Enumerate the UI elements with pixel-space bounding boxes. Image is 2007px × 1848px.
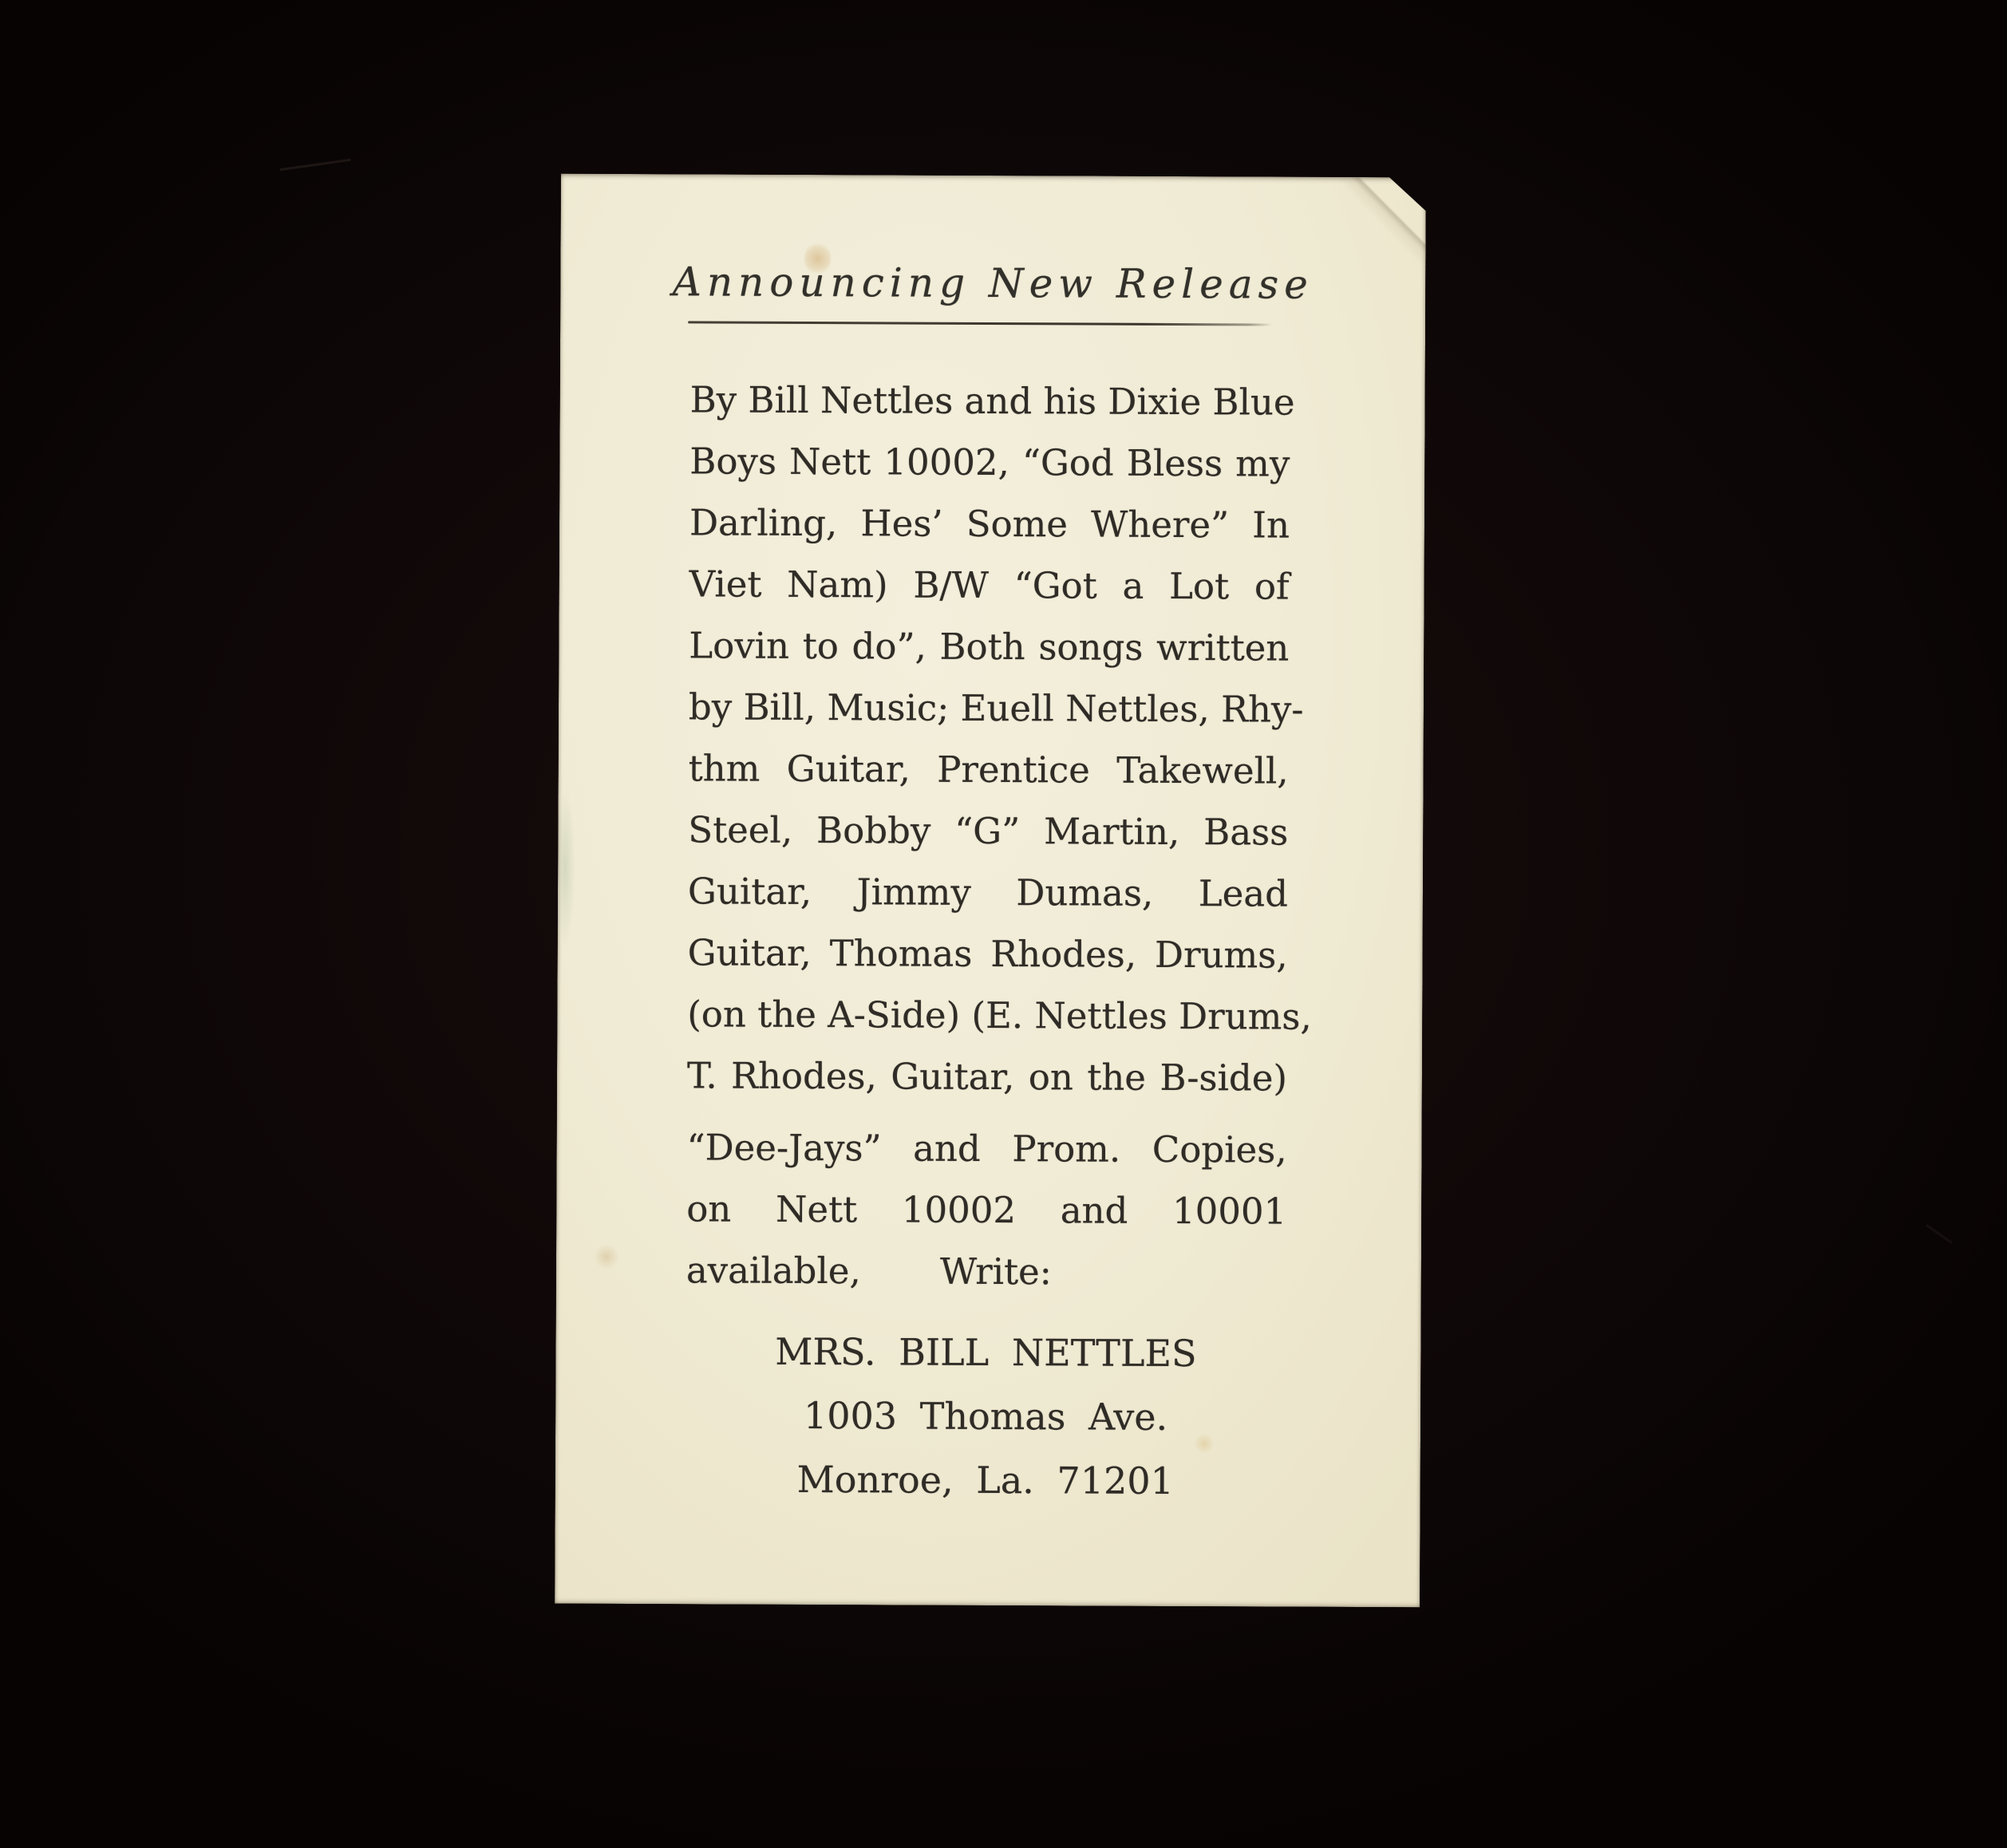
paragraph-promo-copies: “Dee-Jays” and Prom. Copies, on Nett 100… bbox=[686, 1116, 1287, 1303]
body-line: Boys Nett 10002, “God Bless my bbox=[689, 430, 1290, 494]
body-line: thm Guitar, Prentice Takewell, bbox=[688, 737, 1288, 801]
body-line: available, Write: bbox=[686, 1239, 1052, 1302]
paper-stain bbox=[595, 1243, 618, 1270]
background-scratch bbox=[279, 159, 351, 171]
background-scratch bbox=[1926, 1224, 1953, 1244]
body-line: Lovin to do”, Both songs written bbox=[689, 614, 1289, 678]
flyer-card: Announcing New Release By Bill Nettles a… bbox=[555, 174, 1426, 1608]
body-line: “Dee-Jays” and Prom. Copies, bbox=[686, 1116, 1286, 1180]
title-underline bbox=[688, 321, 1272, 326]
document-title: Announcing New Release bbox=[560, 259, 1425, 309]
photo-background: Announcing New Release By Bill Nettles a… bbox=[0, 0, 2007, 1848]
document-body: By Bill Nettles and his Dixie Blue Boys … bbox=[685, 369, 1290, 1513]
body-line: Darling, Hes’ Some Where” In bbox=[689, 492, 1290, 555]
body-line: by Bill, Music; Euell Nettles, Rhy- bbox=[689, 676, 1289, 740]
paragraph-release-details: By Bill Nettles and his Dixie Blue Boys … bbox=[687, 369, 1290, 1108]
body-line: Steel, Bobby “G” Martin, Bass bbox=[688, 799, 1288, 863]
address-name-line: MRS. BILL NETTLES bbox=[685, 1319, 1286, 1385]
address-street-line: 1003 Thomas Ave. bbox=[685, 1383, 1286, 1449]
body-line-fragment: available, bbox=[686, 1239, 861, 1301]
paper-stain bbox=[555, 788, 576, 948]
body-line: Guitar, Thomas Rhodes, Drums, bbox=[687, 922, 1287, 985]
body-line: By Bill Nettles and his Dixie Blue bbox=[690, 369, 1290, 432]
body-line: Viet Nam) B/W “Got a Lot of bbox=[689, 553, 1290, 617]
body-line: (on the A-Side) (E. Nettles Drums, bbox=[687, 983, 1287, 1047]
address-city-line: Monroe, La. 71201 bbox=[685, 1447, 1286, 1513]
body-line-fragment: Write: bbox=[940, 1241, 1052, 1303]
body-line: on Nett 10002 and 10001 bbox=[686, 1178, 1286, 1242]
body-line: Guitar, Jimmy Dumas, Lead bbox=[688, 860, 1288, 924]
body-line: T. Rhodes, Guitar, on the B-side) bbox=[687, 1044, 1287, 1108]
contact-address: MRS. BILL NETTLES 1003 Thomas Ave. Monro… bbox=[685, 1319, 1286, 1513]
